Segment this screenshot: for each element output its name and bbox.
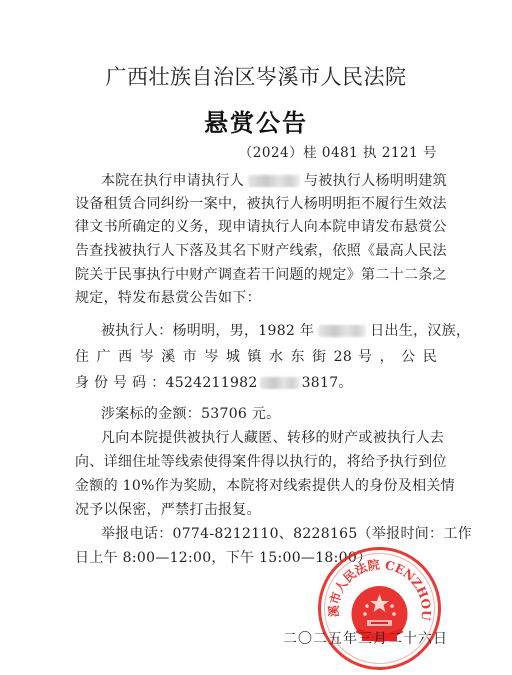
paragraph-4-line-3: 金额的 10%作为奖励，本院将对线索提供人的身份及相关情 <box>75 475 437 497</box>
paragraph-2-line-1: 被执行人：杨明明，男，1982 年日出生，汉族， <box>101 320 437 342</box>
redacted-applicant-name <box>248 175 300 187</box>
paragraph-1-line-6: 规定，特发布悬赏公告如下： <box>75 287 437 309</box>
paragraph-1-line-5: 院关于民事执行中财产调查若干问题的规定》第二十二条之 <box>75 264 437 286</box>
text: 日出生，汉族， <box>370 323 470 339</box>
notice-title: 悬赏公告 <box>0 103 512 138</box>
text: 被执行人：杨明明，男，1982 年 <box>101 323 314 339</box>
court-seal-icon: 溪市人民法院 CENZHOU PEOPLE COURT <box>317 546 442 671</box>
text: 与被执行人杨明明建筑 <box>304 173 447 189</box>
text: 身 份 号 码 ：4524211982 <box>75 375 258 391</box>
paragraph-4-line-2: 向、详细住址等线索使得案件得以执行的，将给予执行到位 <box>75 451 437 473</box>
paragraph-1-line-1: 本院在执行申请执行人与被执行人杨明明建筑 <box>101 170 437 192</box>
redacted-id-digits <box>260 377 300 389</box>
paragraph-4-line-1: 凡向本院提供被执行人藏匿、转移的财产或被执行人去 <box>101 427 437 449</box>
paragraph-4-line-4: 况予以保密，严禁打击报复。 <box>75 499 437 521</box>
paragraph-2-line-2: 住 广 西 岑 溪 市 岑 城 镇 水 东 街 28 号 ， 公 民 <box>75 346 437 368</box>
redacted-birth-date <box>318 325 366 337</box>
report-phone-line-1: 举报电话：0774-8212110、8228165（举报时间：工作 <box>101 523 437 545</box>
paragraph-1-line-2: 设备租赁合同纠纷一案中，被执行人杨明明拒不履行生效法 <box>75 193 437 215</box>
paragraph-1-line-3: 律文书所确定的义务，现申请执行人向本院申请发布悬赏公 <box>75 216 437 238</box>
text: 3817。 <box>302 375 353 391</box>
paragraph-2-line-3: 身 份 号 码 ：45242119823817。 <box>75 372 437 394</box>
text: 本院在执行申请执行人 <box>101 173 244 189</box>
court-name: 广西壮族自治区岑溪市人民法院 <box>0 61 512 91</box>
paragraph-1-line-4: 告查找被执行人下落及其名下财产线索，依照《最高人民法 <box>75 240 437 262</box>
issue-date: 二〇二五年三月二十六日 <box>283 628 448 648</box>
case-number: （2024）桂 0481 执 2121 号 <box>239 141 437 161</box>
case-amount: 涉案标的金额：53706 元。 <box>101 403 437 425</box>
